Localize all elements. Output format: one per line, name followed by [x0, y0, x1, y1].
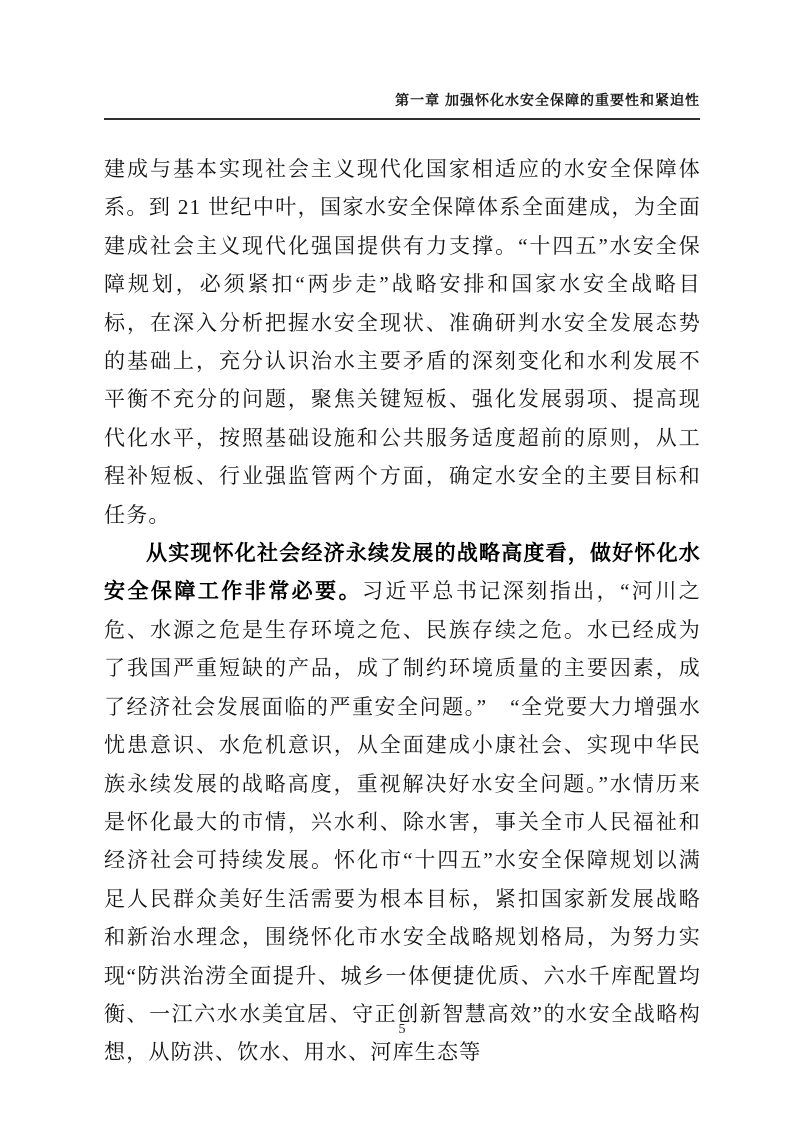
page-number: 5: [104, 1022, 700, 1038]
header-rule-divider: [104, 118, 700, 120]
paragraph-body-text: 习近平总书记深刻指出，“河川之危、水源之危是生存环境之危、民族存续之危。水已经成…: [104, 579, 701, 1064]
paragraph-strategic: 从实现怀化社会经济永续发展的战略高度看，做好怀化水安全保障工作非常必要。习近平总…: [104, 534, 701, 1072]
document-page: 第一章 加强怀化水安全保障的重要性和紧迫性 建成与基本实现社会主义现代化国家相适…: [0, 0, 793, 1122]
paragraph-continuation: 建成与基本实现社会主义现代化国家相适应的水安全保障体系。到 21 世纪中叶，国家…: [104, 150, 701, 534]
page-body: 建成与基本实现社会主义现代化国家相适应的水安全保障体系。到 21 世纪中叶，国家…: [104, 150, 701, 1072]
running-header-chapter-title: 第一章 加强怀化水安全保障的重要性和紧迫性: [104, 90, 700, 110]
